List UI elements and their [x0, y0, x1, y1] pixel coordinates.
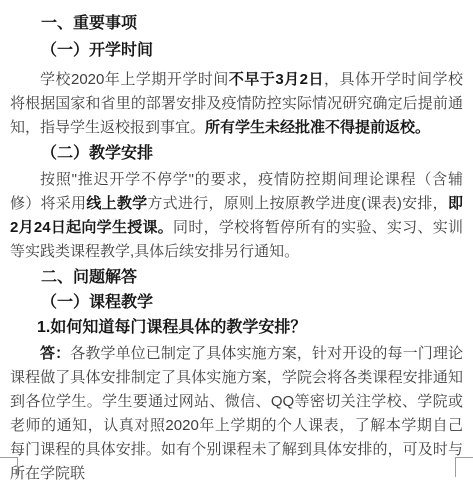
- body-text: 学校2020年上学期开学时间: [40, 71, 229, 88]
- document-page: 一、重要事项 （一）开学时间 学校2020年上学期开学时间不早于3月2日，具体开…: [0, 0, 473, 480]
- text-boundary-mark-right: [455, 457, 473, 477]
- paragraph-answer-course-schedule: 答：各教学单位已制定了具体实施方案，针对开设的每一门理论课程做了具体安排制定了具…: [10, 342, 463, 480]
- section-heading-important-items: 一、重要事项: [41, 12, 463, 36]
- emphasized-text: 答：: [40, 345, 70, 362]
- body-text: 方式进行，原则上按原教学进度(课表)安排，: [147, 195, 448, 212]
- subsection-heading-opening-time: （一）开学时间: [41, 39, 463, 63]
- body-text: 各教学单位已制定了具体实施方案，针对开设的每一门理论课程做了具体安排制定了具体实…: [10, 345, 463, 480]
- question-heading-course-schedule: 1.如何知道每门课程具体的教学安排？: [37, 316, 463, 340]
- emphasized-text: 线上教学: [86, 195, 147, 212]
- section-heading-question-answers: 二、问题解答: [41, 266, 463, 290]
- emphasized-text: 所有学生未经批准不得提前返校。: [205, 119, 430, 136]
- subsection-heading-course-teaching: （一）课程教学: [41, 291, 463, 315]
- subsection-heading-teaching-arrangement: （二）教学安排: [41, 142, 463, 166]
- paragraph-teaching-arrangement: 按照"推迟开学不停学"的要求，疫情防控期间理论课程（含辅修）将采用线上教学方式进…: [10, 168, 463, 264]
- paragraph-opening-time: 学校2020年上学期开学时间不早于3月2日，具体开学时间学校将根据国家和省里的部…: [10, 68, 463, 140]
- text-boundary-mark-left: [0, 457, 18, 477]
- emphasized-text: 不早于3月2日: [229, 71, 324, 88]
